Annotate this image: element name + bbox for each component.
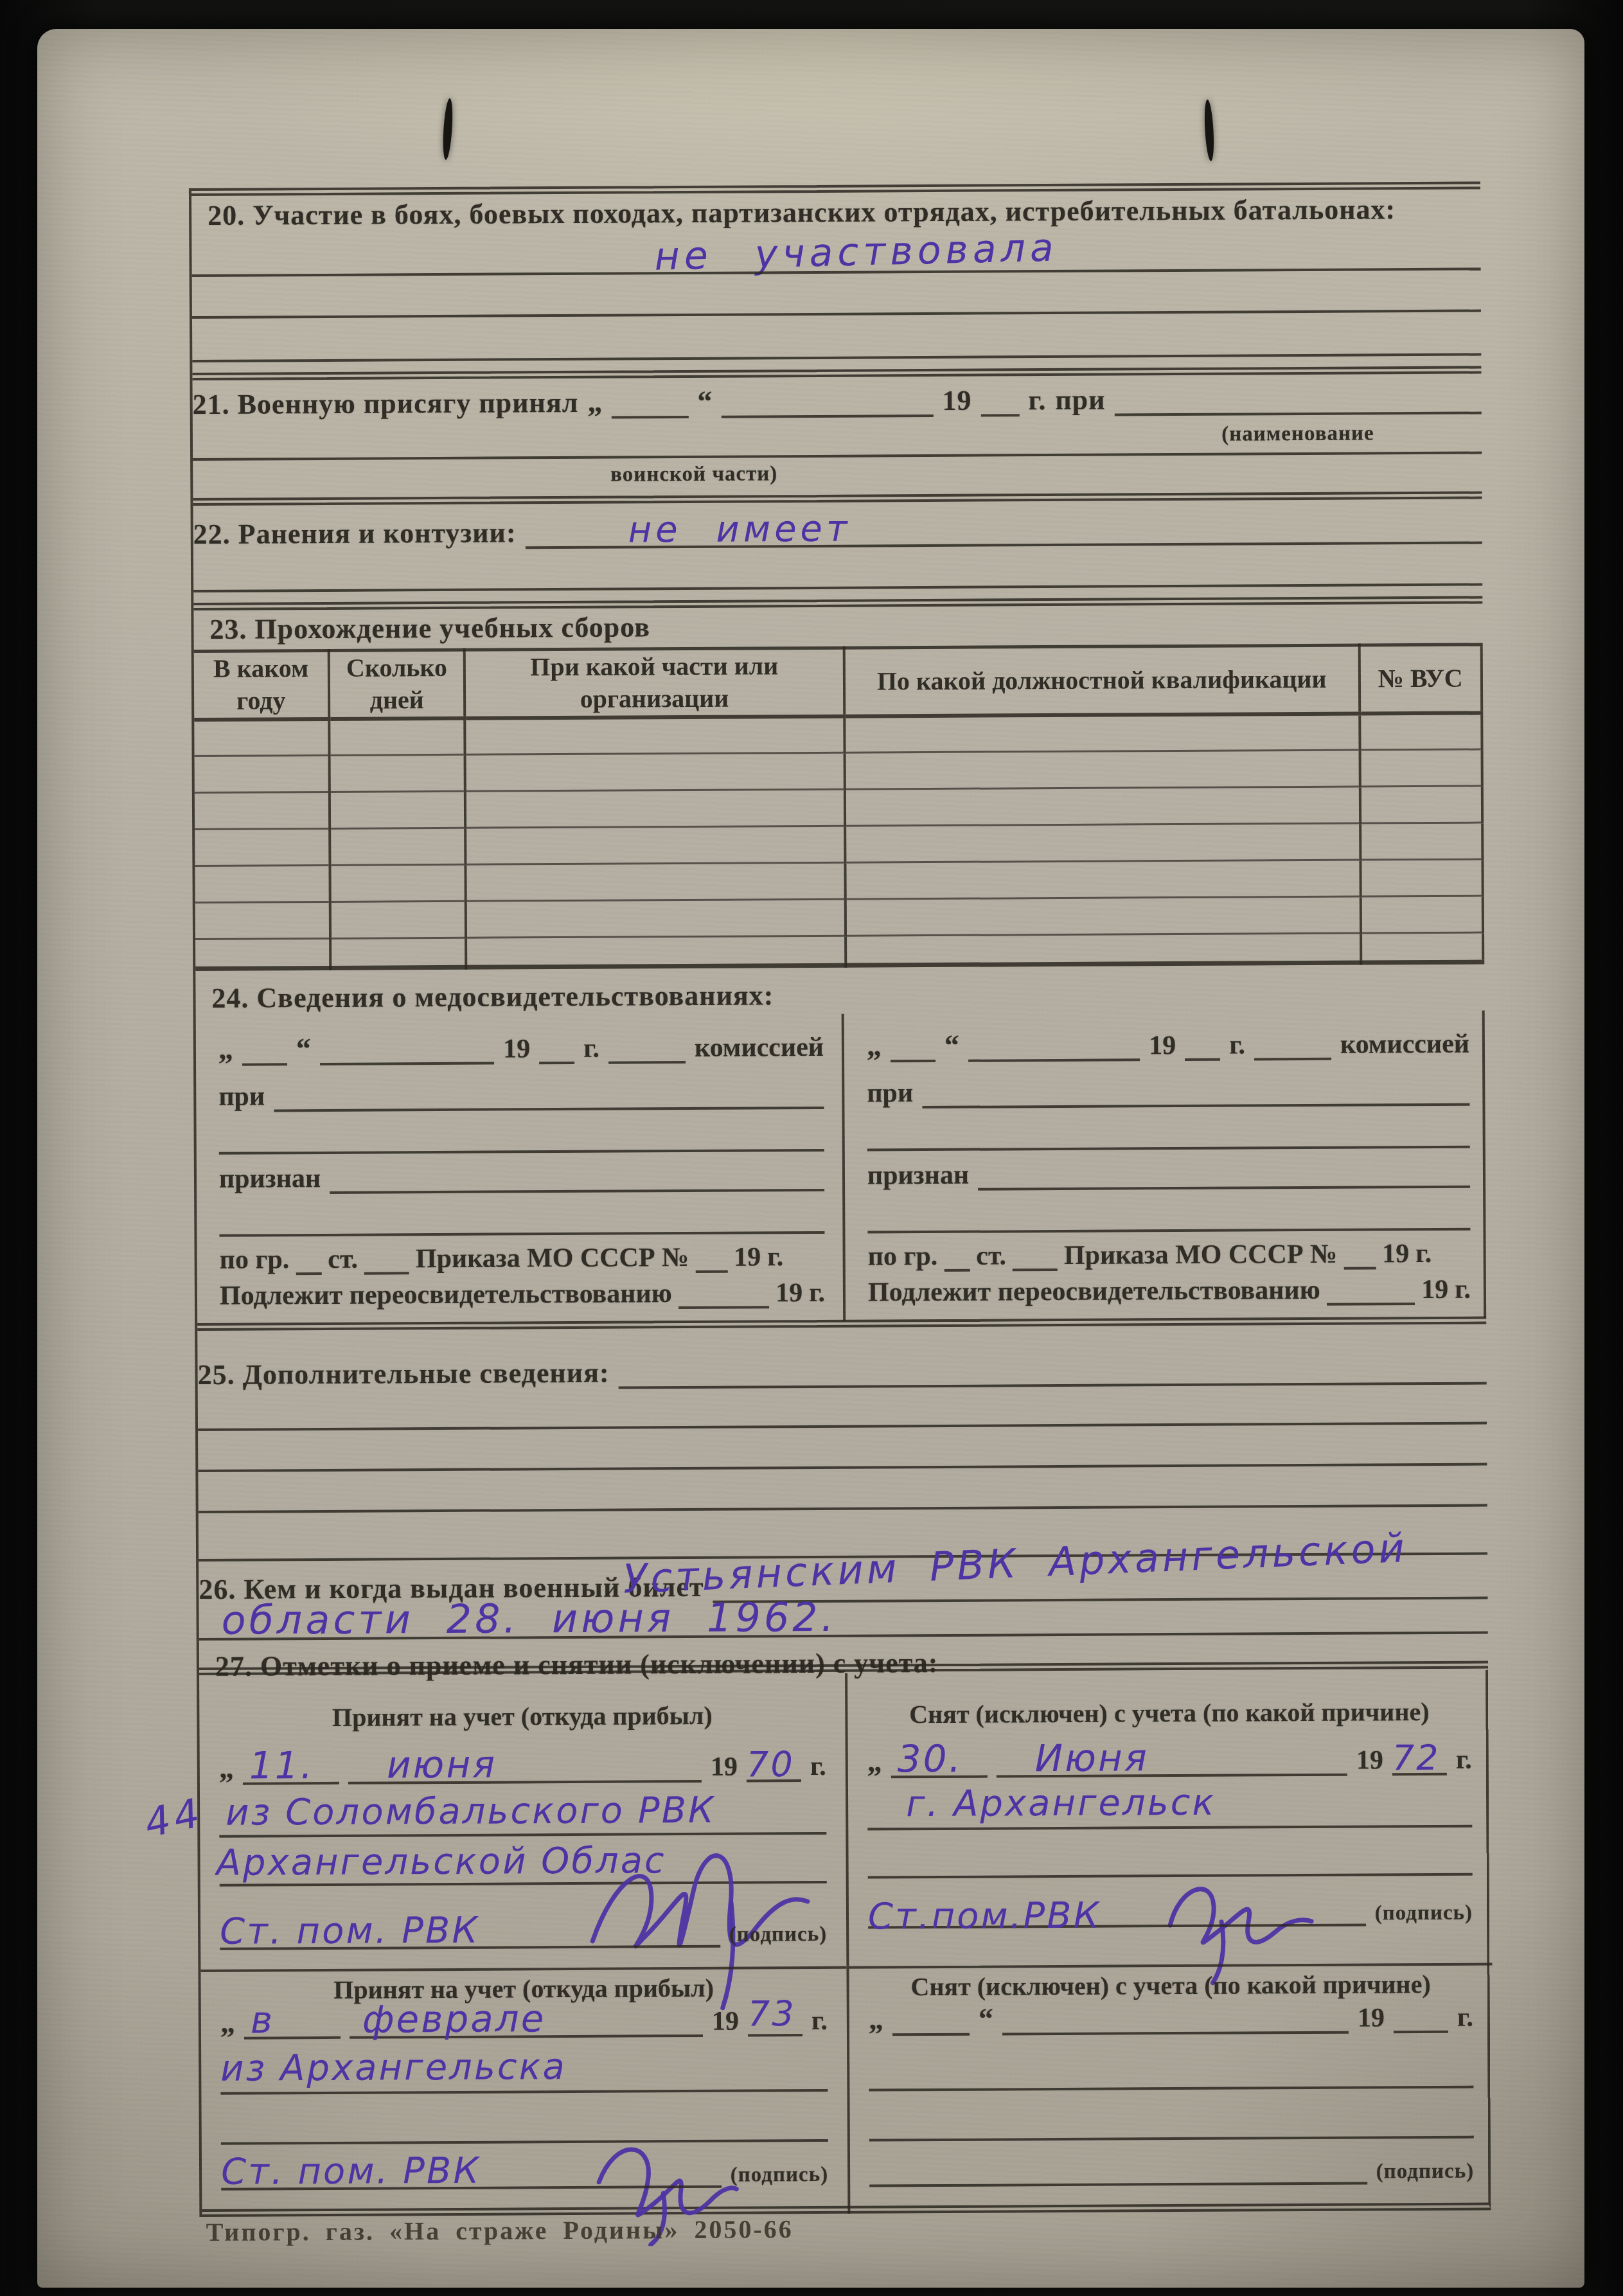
blank-month [1002, 2022, 1349, 2036]
accepted1-year-handwritten: 70 [747, 1744, 795, 1784]
empty-cell [195, 865, 330, 902]
section22-entry-handwritten: не имеет [628, 508, 851, 551]
blank-day: 11. [243, 1773, 339, 1785]
empty-cell [330, 718, 465, 755]
registration-marks-table: Принят на учет (откуда прибыл) „ 11. июн… [199, 1669, 1491, 2216]
table-row [195, 749, 1482, 792]
blank-priznan [330, 1180, 824, 1194]
med-prikaz: Приказа МО СССР № [416, 1243, 689, 1274]
section21-label: 21. Военную присягу принял [193, 388, 579, 421]
ruled-line [198, 1422, 1487, 1432]
empty-cell [845, 823, 1360, 862]
blank-reexam-year [678, 1297, 769, 1309]
empty-cell [330, 938, 466, 968]
med-st: ст. [976, 1241, 1006, 1271]
signature-line: Ст. пом. РВК [221, 2176, 722, 2191]
section23-label: 23. Прохождение учебных сборов [209, 612, 650, 645]
table-row [194, 713, 1482, 756]
blank-additional-info [619, 1373, 1487, 1389]
accepted2-year-handwritten: 73 [748, 1993, 796, 2034]
year-prefix: 19 [1421, 1276, 1448, 1305]
year-prefix: 19 [503, 1035, 530, 1064]
accepted2-day-handwritten: в [251, 1998, 275, 2042]
accepted1-date-row: „ 11. июня 19 70 г. [219, 1745, 826, 1785]
ruled-line [192, 310, 1481, 319]
training-table-body [194, 713, 1483, 968]
open-quote: „ [219, 1752, 234, 1784]
med-podlezhit: Подлежит переосвидетельствованию [868, 1276, 1320, 1308]
med-pri-row: при [867, 1074, 1469, 1109]
removed1-day-handwritten: 30. [898, 1737, 963, 1781]
section21-hint-bottom: воинской части) [578, 463, 810, 486]
empty-cell [1360, 713, 1482, 750]
blank-month [721, 405, 933, 418]
podpis-label: (подпись) [1376, 2160, 1475, 2184]
med-prikaz: Приказа МО СССР № [1064, 1240, 1338, 1271]
ruled-line [867, 1825, 1472, 1831]
ruled-line [193, 596, 1482, 611]
med-date-row: „ “ 19 г. комиссией [867, 1026, 1469, 1063]
empty-cell [1360, 823, 1483, 860]
med-order-row: по гр. ст. Приказа МО СССР № 19 г. [867, 1236, 1470, 1272]
close-quote: “ [945, 1029, 959, 1062]
ruled-line [219, 1231, 824, 1237]
blank-wounds: не имеет [526, 533, 1482, 549]
blank-reexam-year [1327, 1294, 1415, 1306]
open-quote: „ [220, 2007, 235, 2039]
empty-cell [1360, 749, 1482, 787]
blank-month: феврале [350, 2025, 703, 2039]
empty-cell [846, 933, 1361, 965]
removed1-signer-row: Ст.пом.РВК (подпись) [868, 1887, 1473, 1929]
removed-entry-2: Снят (исключен) с учета (по какой причин… [846, 1962, 1493, 2213]
empty-cell [195, 828, 330, 866]
binder-slit-right [1203, 99, 1216, 161]
ruled-line [193, 583, 1482, 593]
medical-exam-left: „ “ 19 г. комиссией при признан [196, 1014, 843, 1324]
medical-exam-right: „ “ 19 г. комиссией при признан [842, 1010, 1489, 1321]
empty-cell [846, 896, 1361, 936]
empty-cell [330, 791, 465, 828]
empty-cell [465, 826, 845, 864]
ruled-line [192, 366, 1481, 381]
removed-entry-1: Снят (исключен) с учета (по какой причин… [845, 1669, 1492, 1966]
blank-day: 30. [891, 1766, 988, 1779]
year-prefix: 19 [1358, 2004, 1385, 2033]
med-date-row: „ “ 19 г. комиссией [218, 1029, 824, 1066]
med-priznan: признан [867, 1161, 969, 1191]
year-suffix: г. [811, 2007, 828, 2036]
empty-cell [466, 899, 846, 938]
accepted-entry-2: Принят на учет (откуда прибыл) „ в февра… [200, 1966, 847, 2217]
med-reexam-row: Подлежит переосвидетельствованию 19 г. [868, 1272, 1471, 1308]
blank-priznan [978, 1177, 1470, 1191]
blank-month: Июня [997, 1765, 1347, 1778]
open-quote: „ [218, 1033, 233, 1065]
binder-slit-left [441, 98, 454, 161]
med-pri: при [218, 1082, 265, 1112]
empty-cell [465, 716, 844, 754]
empty-cell [1360, 896, 1483, 933]
podpis-label: (подпись) [729, 1923, 828, 1947]
year-suffix: г. [1456, 1746, 1472, 1775]
blank-year: 73 [748, 2025, 803, 2036]
blank-year [1185, 1049, 1220, 1061]
blank-day: в [244, 2027, 341, 2040]
blank-year: 70 [747, 1770, 801, 1782]
year-suffix: г. [1455, 1276, 1471, 1305]
year-suffix: г. [810, 1752, 826, 1782]
table-row [195, 859, 1482, 902]
paper-sheet: 44 20. Участие в боях, боевых походах, п… [37, 29, 1584, 2288]
section22-wounds-row: 22. Ранения и контузии: не имеет [193, 511, 1482, 551]
blank-day [892, 2024, 970, 2036]
med-podlezhit: Подлежит переосвидетельствованию [220, 1279, 672, 1312]
open-quote: „ [587, 386, 602, 418]
ruled-line [869, 2086, 1473, 2092]
removed1-signer-handwritten: Ст.пом.РВК [868, 1895, 1101, 1938]
table-row [195, 786, 1482, 829]
accepted2-signer-row: Ст. пом. РВК (подпись) [221, 2149, 828, 2191]
med-priznan-row: признан [867, 1156, 1470, 1191]
ruled-line [192, 353, 1481, 363]
empty-cell [845, 860, 1360, 899]
ruled-line [868, 1873, 1473, 1879]
empty-cell [194, 718, 330, 756]
blank-pri [922, 1094, 1469, 1108]
training-camps-table: В каком году Сколько дней При какой част… [194, 643, 1485, 971]
blank-year [980, 405, 1019, 416]
scanned-page-background: 44 20. Участие в боях, боевых походах, п… [0, 0, 1623, 2296]
empty-cell [845, 750, 1360, 789]
blank-commission [1254, 1049, 1331, 1061]
removed2-date-row: „ “ 19 г. [869, 1997, 1473, 2036]
med-po-gr: по гр. [220, 1245, 290, 1276]
accepted1-from-line1-handwritten: из Соломбальского РВК [226, 1790, 716, 1834]
removed1-year-handwritten: 72 [1392, 1738, 1441, 1778]
blank-year [539, 1053, 574, 1064]
col-header-days: Сколько дней [329, 650, 465, 718]
open-quote: „ [867, 1030, 882, 1062]
ruled-line [867, 1146, 1470, 1152]
year-suffix: г. [767, 1243, 783, 1272]
year-prefix: 19 [1149, 1031, 1176, 1061]
empty-cell [330, 901, 466, 938]
empty-cell [330, 864, 466, 902]
accepted1-signer-handwritten: Ст. пом. РВК [220, 1910, 479, 1953]
blank-group [944, 1260, 970, 1272]
year-suffix: г. [1415, 1240, 1432, 1269]
accepted-entry-1: Принят на учет (откуда прибыл) „ 11. июн… [199, 1673, 846, 1970]
year-prefix: 19 [712, 2007, 739, 2037]
med-st: ст. [328, 1245, 358, 1275]
med-komissiey: комиссией [695, 1033, 824, 1063]
table-row [195, 932, 1483, 968]
accepted1-from-line2-handwritten: Архангельской Облас [216, 1840, 666, 1884]
accepted2-date-row: „ в феврале 19 73 г. [220, 2000, 828, 2040]
signature-line [869, 2173, 1367, 2187]
empty-cell [1361, 932, 1484, 963]
removed1-reason-handwritten: г. Архангельск [906, 1782, 1216, 1826]
empty-cell [844, 713, 1360, 752]
year-suffix: г. [583, 1035, 599, 1064]
year-prefix: 19 [776, 1279, 803, 1308]
empty-cell [465, 789, 845, 828]
blank-article [1013, 1259, 1058, 1271]
removed1-month-handwritten: Июня [1035, 1736, 1149, 1780]
blank-unit [1115, 403, 1482, 416]
table-row [195, 896, 1483, 939]
year-suffix: г. [809, 1279, 825, 1308]
blank-year [1394, 2022, 1448, 2033]
ruled-line [221, 2139, 828, 2145]
blank-month [968, 1049, 1140, 1062]
med-priznan: признан [219, 1164, 321, 1195]
med-order-row: по гр. ст. Приказа МО СССР № 19 г. [220, 1239, 825, 1276]
section21-oath-row: 21. Военную присягу принял „ “ 19 г. при [193, 378, 1482, 422]
empty-cell [195, 755, 330, 792]
empty-cell [1360, 859, 1483, 896]
blank-month [320, 1053, 494, 1065]
empty-cell [1360, 786, 1482, 823]
ruled-line [219, 1149, 824, 1155]
accepted1-signer-row: Ст. пом. РВК (подпись) [220, 1909, 827, 1950]
blank-day [891, 1051, 936, 1062]
blank-month: июня [348, 1771, 702, 1784]
section24-label: 24. Сведения о медосвидетельствованиях: [211, 981, 774, 1013]
empty-cell [330, 754, 465, 792]
podpis-label: (подпись) [731, 2164, 829, 2187]
col-header-vus: № ВУС [1359, 645, 1482, 713]
year-suffix: г. [1229, 1031, 1245, 1060]
accepted1-day-handwritten: 11. [249, 1743, 315, 1788]
col-header-qualification: По какой должностной квалификации [844, 645, 1360, 716]
year-suffix: г. [1457, 2004, 1473, 2033]
removed-header: Снят (исключен) с учета (по какой причин… [847, 1698, 1491, 1728]
empty-cell [465, 862, 845, 901]
empty-cell [195, 938, 331, 968]
med-pri: при [867, 1079, 913, 1108]
ruled-line [869, 2136, 1474, 2142]
signature-line: Ст.пом.РВК [868, 1914, 1366, 1928]
open-quote: „ [869, 2004, 883, 2036]
blank-day [611, 407, 688, 419]
year-prefix: 19 [942, 386, 971, 416]
ruled-line [199, 1504, 1487, 1514]
empty-cell [195, 902, 331, 939]
year-suffix: г. [1028, 386, 1046, 416]
blank-group [296, 1263, 321, 1275]
section21-pri: при [1055, 385, 1105, 416]
blank-day [242, 1054, 287, 1065]
empty-cell [195, 792, 330, 829]
close-quote: “ [697, 386, 712, 418]
podpis-label: (подпись) [1375, 1902, 1473, 1926]
accepted-header: Принят на учет (откуда прибыл) [199, 1702, 845, 1732]
section25-row: 25. Дополнительные сведения: [197, 1354, 1486, 1392]
accepted2-signer-handwritten: Ст. пом. РВК [221, 2150, 481, 2193]
print-shop-imprint: Типогр. газ. «На страже Родины» 2050-66 [206, 2214, 793, 2247]
year-prefix: 19 [1382, 1240, 1409, 1269]
removed1-date-row: „ 30. Июня 19 72 г. [867, 1739, 1472, 1779]
empty-cell [845, 787, 1360, 826]
year-prefix: 19 [711, 1753, 738, 1783]
blank-order-no [695, 1261, 727, 1273]
accepted1-month-handwritten: июня [387, 1743, 497, 1787]
accepted2-month-handwritten: феврале [362, 1997, 546, 2041]
med-reexam-row: Подлежит переосвидетельствованию 19 г. [220, 1275, 825, 1312]
ruled-line [867, 1228, 1470, 1234]
section21-hint-top: (наименование [1118, 422, 1478, 447]
removed2-signer-row: (подпись) [869, 2146, 1474, 2187]
blank-article [364, 1263, 409, 1274]
year-prefix: 19 [734, 1243, 761, 1272]
medical-exams-block: „ “ 19 г. комиссией при признан [196, 1011, 1486, 1324]
close-quote: “ [979, 2003, 993, 2035]
blank-pri [274, 1098, 824, 1112]
empty-cell [465, 752, 844, 791]
empty-cell [466, 936, 846, 967]
empty-cell [330, 828, 466, 865]
military-registration-form: 20. Участие в боях, боевых походах, парт… [189, 182, 1491, 2217]
table-row [195, 823, 1482, 866]
signature-line: Ст. пом. РВК [220, 1936, 720, 1950]
blank-commission [608, 1052, 686, 1064]
med-pri-row: при [218, 1077, 824, 1112]
blank-order-no [1344, 1258, 1376, 1269]
ruled-line [193, 452, 1482, 461]
accepted2-from-handwritten: из Архангельска [220, 2046, 567, 2090]
section20-label: 20. Участие в боях, боевых походах, парт… [208, 195, 1467, 231]
table-header-row: В каком году Сколько дней При какой част… [194, 645, 1482, 719]
med-priznan-row: признан [219, 1159, 824, 1195]
year-prefix: 19 [1356, 1746, 1383, 1775]
paper-content: 44 20. Участие в боях, боевых походах, п… [33, 25, 1592, 2292]
ruled-line [193, 492, 1482, 506]
med-po-gr: по гр. [868, 1242, 938, 1272]
blank-year: 72 [1392, 1764, 1447, 1775]
med-komissiey: комиссией [1340, 1030, 1469, 1060]
ruled-line [220, 2089, 828, 2095]
open-quote: „ [867, 1746, 882, 1778]
ruled-line [198, 1463, 1487, 1473]
col-header-year: В каком году [194, 650, 330, 719]
close-quote: “ [296, 1033, 311, 1065]
section25-label: 25. Дополнительные сведения: [197, 1358, 609, 1391]
section22-label: 22. Ранения и контузии: [193, 518, 517, 551]
col-header-unit: При какой части или организации [465, 648, 845, 718]
